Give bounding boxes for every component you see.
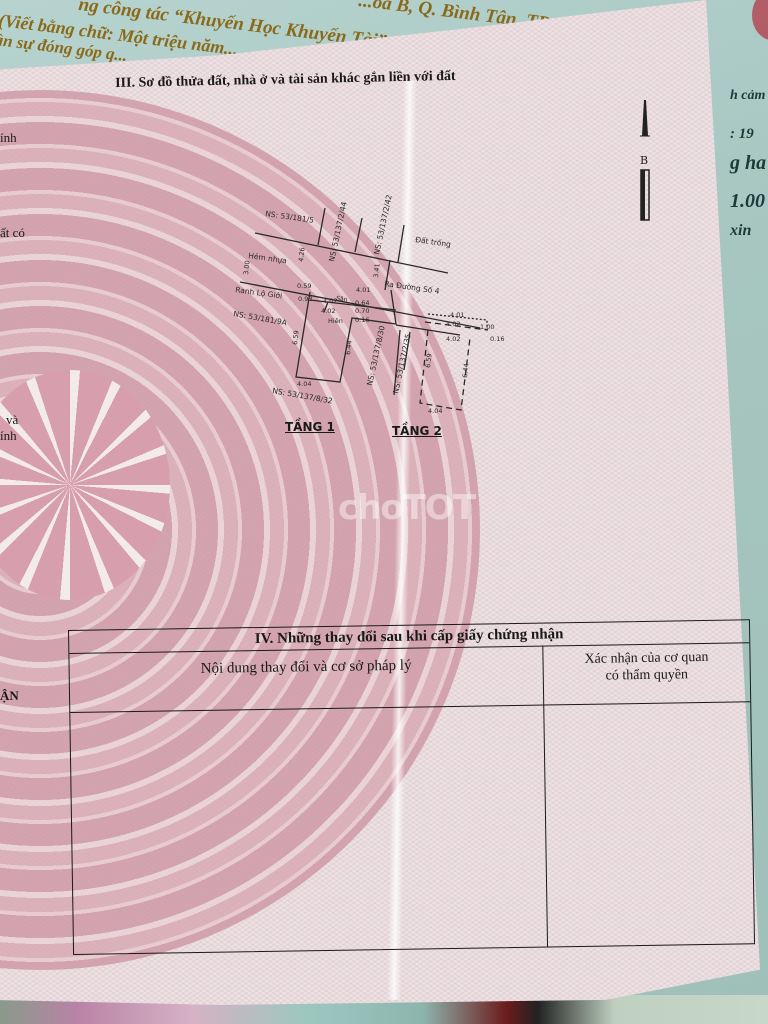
background-fragment: xin xyxy=(730,222,751,240)
column-header-change-content: Nội dung thay đổi và cơ sở pháp lý xyxy=(69,646,544,713)
left-margin-fragment: ẬN xyxy=(0,688,19,704)
svg-text:B: B xyxy=(640,154,648,167)
background-fragment: h cảm xyxy=(730,88,765,104)
background-fragment: 1.00 xyxy=(730,190,765,213)
chotot-watermark: choTOT xyxy=(338,488,475,528)
left-margin-fragment: và xyxy=(6,412,18,428)
north-arrow-icon: B xyxy=(636,100,656,222)
left-margin-fragment: ính xyxy=(0,130,17,146)
header-line: có thẩm quyền xyxy=(544,665,750,685)
section-4-changes-table: IV. Những thay đổi sau khi cấp giấy chứn… xyxy=(68,619,755,955)
authority-confirmation-cell xyxy=(544,702,754,946)
background-fragment: : 19 xyxy=(730,126,754,143)
background-fragment: g ha xyxy=(730,152,766,175)
left-margin-fragment: ính xyxy=(0,428,17,444)
column-header-authority-confirmation: Xác nhận của cơ quan có thẩm quyền xyxy=(543,642,750,705)
floor-2-label: TẦNG 2 xyxy=(392,424,442,438)
left-margin-fragment: ất có xyxy=(0,225,25,241)
change-content-cell xyxy=(70,706,548,954)
floor-1-label: TẦNG 1 xyxy=(285,420,335,434)
